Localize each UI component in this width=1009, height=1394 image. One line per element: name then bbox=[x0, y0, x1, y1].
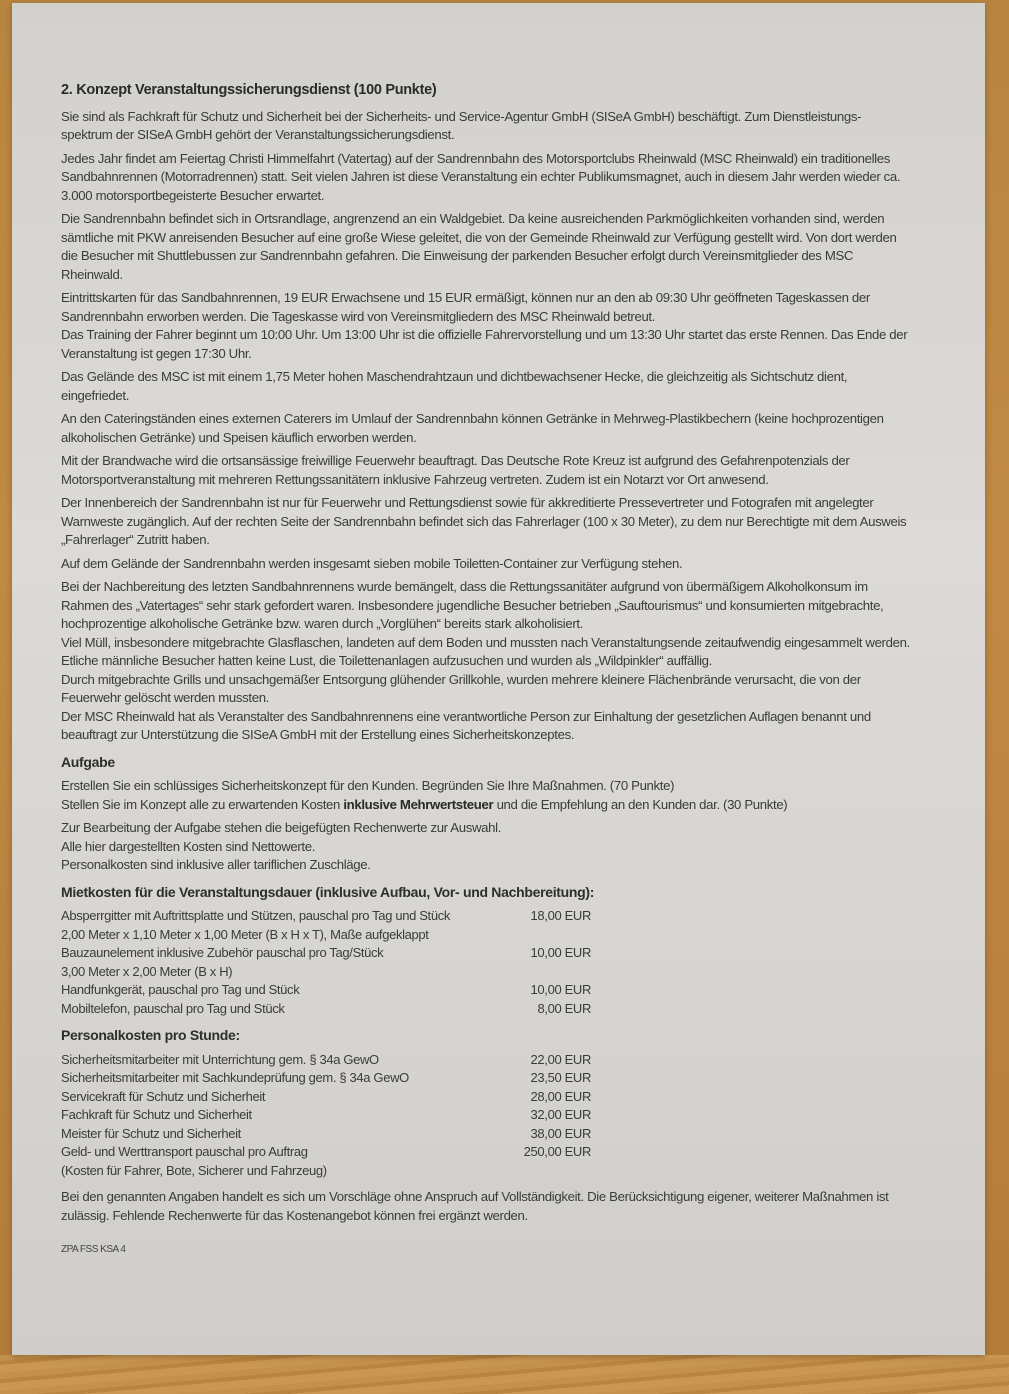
paragraph: An den Cateringständen eines externen Ca… bbox=[61, 410, 911, 447]
table-row: Sicherheitsmitarbeiter mit Unterrichtung… bbox=[61, 1051, 591, 1070]
cost-label: Sicherheitsmitarbeiter mit Sachkundeprüf… bbox=[61, 1069, 501, 1088]
table-row: Handfunkgerät, pauschal pro Tag und Stüc… bbox=[61, 981, 591, 1000]
paragraph: Eintrittskarten für das Sandbahnrennen, … bbox=[61, 289, 911, 326]
rental-heading: Mietkosten für die Veranstaltungsdauer (… bbox=[61, 883, 911, 902]
cost-label: Absperrgitter mit Auftrittsplatte und St… bbox=[61, 907, 501, 926]
footer-code: ZPA FSS KSA 4 bbox=[61, 1241, 911, 1260]
cost-price: 10,00 EUR bbox=[501, 944, 591, 963]
cost-price: 28,00 EUR bbox=[501, 1088, 591, 1107]
table-row: Sicherheitsmitarbeiter mit Sachkundeprüf… bbox=[61, 1069, 591, 1088]
paragraph: Die Sandrennbahn befindet sich in Ortsra… bbox=[61, 210, 911, 284]
cost-price: 250,00 EUR bbox=[501, 1143, 591, 1162]
table-row: Bauzaunelement inklusive Zubehör pauscha… bbox=[61, 944, 591, 963]
issue-paragraph: Der MSC Rheinwald hat als Veranstalter d… bbox=[61, 708, 911, 745]
issue-paragraph: Etliche männliche Besucher hatten keine … bbox=[61, 652, 911, 671]
paper-sheet: 2. Konzept Veranstaltungssicherungsdiens… bbox=[12, 3, 985, 1355]
table-row: Absperrgitter mit Auftrittsplatte und St… bbox=[61, 907, 591, 926]
task-note: Alle hier dargestellten Kosten sind Nett… bbox=[61, 838, 911, 857]
issue-paragraph: Bei der Nachbereitung des letzten Sandba… bbox=[61, 578, 911, 634]
table-row: (Kosten für Fahrer, Bote, Sicherer und F… bbox=[61, 1162, 591, 1181]
cost-price: 22,00 EUR bbox=[501, 1051, 591, 1070]
document-content: 2. Konzept Veranstaltungssicherungsdiens… bbox=[61, 81, 911, 1260]
cost-label: Meister für Schutz und Sicherheit bbox=[61, 1125, 501, 1144]
task-text: und die Empfehlung an den Kunden dar. (3… bbox=[493, 797, 787, 812]
cost-price bbox=[501, 1162, 591, 1181]
cost-price: 18,00 EUR bbox=[501, 907, 591, 926]
cost-price bbox=[501, 926, 591, 945]
task-line: Erstellen Sie ein schlüssiges Sicherheit… bbox=[61, 777, 911, 796]
table-row: Geld- und Werttransport pauschal pro Auf… bbox=[61, 1143, 591, 1162]
cost-label: (Kosten für Fahrer, Bote, Sicherer und F… bbox=[61, 1162, 501, 1181]
table-surface bbox=[0, 1355, 1009, 1394]
issue-paragraph: Durch mitgebrachte Grills und unsachgemä… bbox=[61, 671, 911, 708]
table-row: 2,00 Meter x 1,10 Meter x 1,00 Meter (B … bbox=[61, 926, 591, 945]
task-section: Erstellen Sie ein schlüssiges Sicherheit… bbox=[61, 777, 911, 875]
personnel-cost-table: Sicherheitsmitarbeiter mit Unterrichtung… bbox=[61, 1051, 591, 1181]
cost-label: Mobiltelefon, pauschal pro Tag und Stück bbox=[61, 1000, 501, 1019]
intro-section: Sie sind als Fachkraft für Schutz und Si… bbox=[61, 108, 911, 574]
cost-price: 38,00 EUR bbox=[501, 1125, 591, 1144]
table-row: Fachkraft für Schutz und Sicherheit32,00… bbox=[61, 1106, 591, 1125]
cost-price: 23,50 EUR bbox=[501, 1069, 591, 1088]
paragraph: Das Training der Fahrer beginnt um 10:00… bbox=[61, 326, 911, 363]
cost-label: 2,00 Meter x 1,10 Meter x 1,00 Meter (B … bbox=[61, 926, 501, 945]
paragraph: Auf dem Gelände der Sandrennbahn werden … bbox=[61, 555, 911, 574]
task-emphasis: inklusive Mehrwertsteuer bbox=[343, 797, 493, 812]
rental-cost-table: Absperrgitter mit Auftrittsplatte und St… bbox=[61, 907, 591, 1018]
task-note: Zur Bearbeitung der Aufgabe stehen die b… bbox=[61, 819, 911, 838]
table-row: 3,00 Meter x 2,00 Meter (B x H) bbox=[61, 963, 591, 982]
cost-price: 32,00 EUR bbox=[501, 1106, 591, 1125]
paragraph: Das Gelände des MSC ist mit einem 1,75 M… bbox=[61, 368, 911, 405]
task-text: Stellen Sie im Konzept alle zu erwartend… bbox=[61, 797, 343, 812]
task-heading: Aufgabe bbox=[61, 753, 911, 772]
cost-label: Bauzaunelement inklusive Zubehör pauscha… bbox=[61, 944, 501, 963]
cost-price bbox=[501, 963, 591, 982]
paragraph: Jedes Jahr findet am Feiertag Christi Hi… bbox=[61, 150, 911, 206]
cost-label: Sicherheitsmitarbeiter mit Unterrichtung… bbox=[61, 1051, 501, 1070]
paragraph: Sie sind als Fachkraft für Schutz und Si… bbox=[61, 108, 911, 145]
table-row: Meister für Schutz und Sicherheit38,00 E… bbox=[61, 1125, 591, 1144]
cost-price: 10,00 EUR bbox=[501, 981, 591, 1000]
cost-label: Servicekraft für Schutz und Sicherheit bbox=[61, 1088, 501, 1107]
cost-label: Handfunkgerät, pauschal pro Tag und Stüc… bbox=[61, 981, 501, 1000]
task-line: Stellen Sie im Konzept alle zu erwartend… bbox=[61, 796, 911, 815]
cost-price: 8,00 EUR bbox=[501, 1000, 591, 1019]
paragraph: Mit der Brandwache wird die ortsansässig… bbox=[61, 452, 911, 489]
issues-section: Bei der Nachbereitung des letzten Sandba… bbox=[61, 578, 911, 745]
table-row: Servicekraft für Schutz und Sicherheit28… bbox=[61, 1088, 591, 1107]
cost-label: Fachkraft für Schutz und Sicherheit bbox=[61, 1106, 501, 1125]
document-title: 2. Konzept Veranstaltungssicherungsdiens… bbox=[61, 81, 911, 100]
task-note: Personalkosten sind inklusive aller tari… bbox=[61, 856, 911, 875]
personnel-heading: Personalkosten pro Stunde: bbox=[61, 1026, 911, 1045]
issue-paragraph: Viel Müll, insbesondere mitgebrachte Gla… bbox=[61, 634, 911, 653]
paragraph: Der Innenbereich der Sandrennbahn ist nu… bbox=[61, 494, 911, 550]
cost-label: Geld- und Werttransport pauschal pro Auf… bbox=[61, 1143, 501, 1162]
cost-label: 3,00 Meter x 2,00 Meter (B x H) bbox=[61, 963, 501, 982]
table-row: Mobiltelefon, pauschal pro Tag und Stück… bbox=[61, 1000, 591, 1019]
closing-note: Bei den genannten Angaben handelt es sic… bbox=[61, 1188, 911, 1225]
